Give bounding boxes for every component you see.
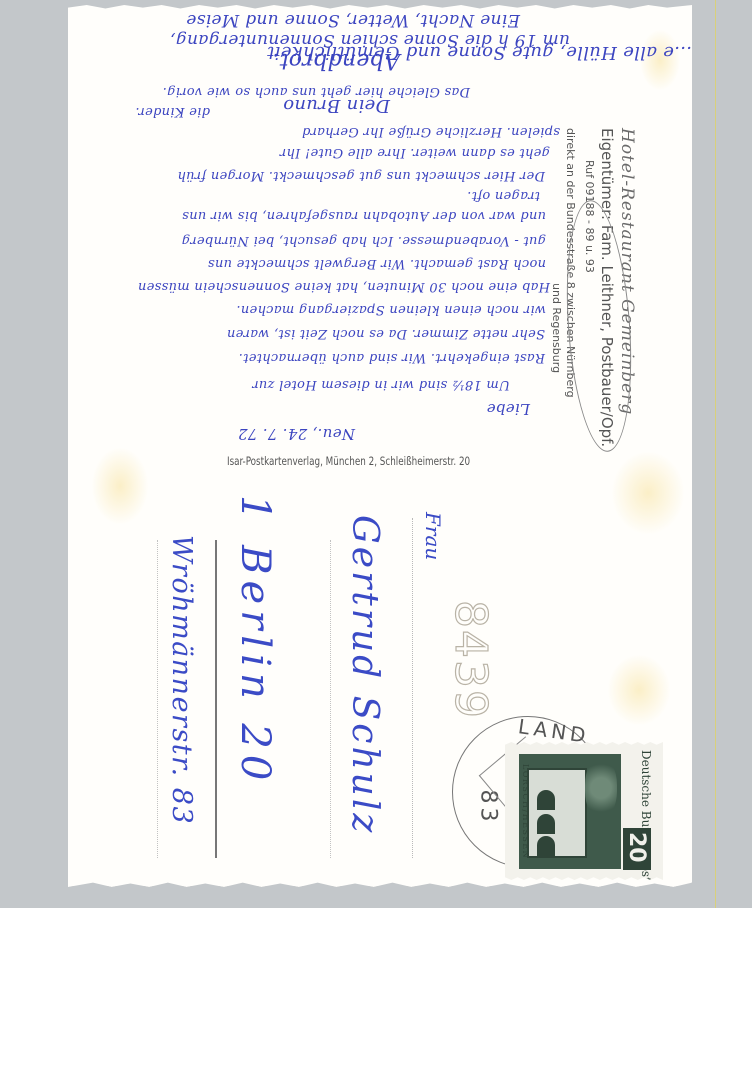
- address-street: Wröhmännerstr. 83: [166, 535, 197, 825]
- arch-icon: [537, 836, 555, 856]
- message-closing: Dein Bruno: [170, 95, 390, 116]
- message-line: Sehr nette Zimmer. Da es noch Zeit ist, …: [80, 326, 545, 341]
- address-divider: [412, 518, 413, 858]
- stamp-tree-icon: [585, 758, 617, 818]
- message-line: und war von der Autobahn rausgefahren, b…: [96, 208, 546, 223]
- message-line: gut - Vorabendmesse. Ich hab gesucht, be…: [96, 233, 546, 248]
- message-line: spielen. Herzliche Grüße Ihr Gerhard: [160, 124, 560, 139]
- message-date: Neu., 24. 7. 72: [175, 425, 355, 443]
- stamp-image: LORSCH/HESSEN: [519, 754, 621, 869]
- message-line: geht es dann weiter. Ihre alle Gute! Ihr: [110, 145, 550, 160]
- stain: [608, 655, 670, 725]
- stamp-building-icon: [527, 768, 587, 858]
- arch-icon: [537, 790, 555, 810]
- address-city: 1 Berlin 20: [232, 495, 278, 786]
- message-line: Um 18½ sind wir in diesem Hotel zur: [90, 377, 510, 392]
- publisher-line: Isar-Postkartenverlag, München 2, Schlei…: [227, 454, 470, 468]
- stamp-value-text: 20: [624, 832, 649, 863]
- message-greeting: Liebe: [430, 400, 530, 418]
- address-line-guide: [330, 540, 331, 858]
- message-line: tragen oft.: [290, 188, 540, 203]
- location-info-cont: und Regensburg: [550, 283, 563, 373]
- message-line: Eine Nacht, Wetter, Sonne und Meise: [120, 10, 520, 30]
- message-line: um 19 h die Sonne schien Sonnenuntergang…: [170, 30, 570, 50]
- postcode-line: [215, 540, 217, 858]
- message-edge-line: Abendbrot.: [140, 48, 400, 73]
- stain: [612, 452, 684, 534]
- message-line: Hab eine noch 30 Minuten, hat keine Sonn…: [90, 279, 550, 294]
- stain: [92, 448, 148, 524]
- address-name: Gertrud Schulz: [344, 515, 385, 835]
- address-salutation: Frau: [421, 512, 445, 560]
- message-line: wir noch einen kleinen Spaziergang mache…: [96, 302, 546, 317]
- arch-icon: [537, 814, 555, 834]
- pencil-note: 8439: [445, 600, 496, 720]
- postage-stamp: LORSCH/HESSEN Deutsche Bundespost 20: [505, 742, 663, 880]
- stamp-value: 20: [623, 828, 651, 870]
- message-line: noch Rast gemacht. Wir Bergwelt schmeckt…: [96, 256, 546, 271]
- stamp-place: LORSCH/HESSEN: [521, 764, 530, 859]
- message-line: Rast eingekehrt. Wir sind auch übernacht…: [80, 350, 545, 365]
- message-line: Der Hier schmeckt uns gut geschmeckt. Mo…: [100, 168, 545, 183]
- address-line-guide: [157, 540, 158, 858]
- scan-edge-line: [715, 0, 716, 908]
